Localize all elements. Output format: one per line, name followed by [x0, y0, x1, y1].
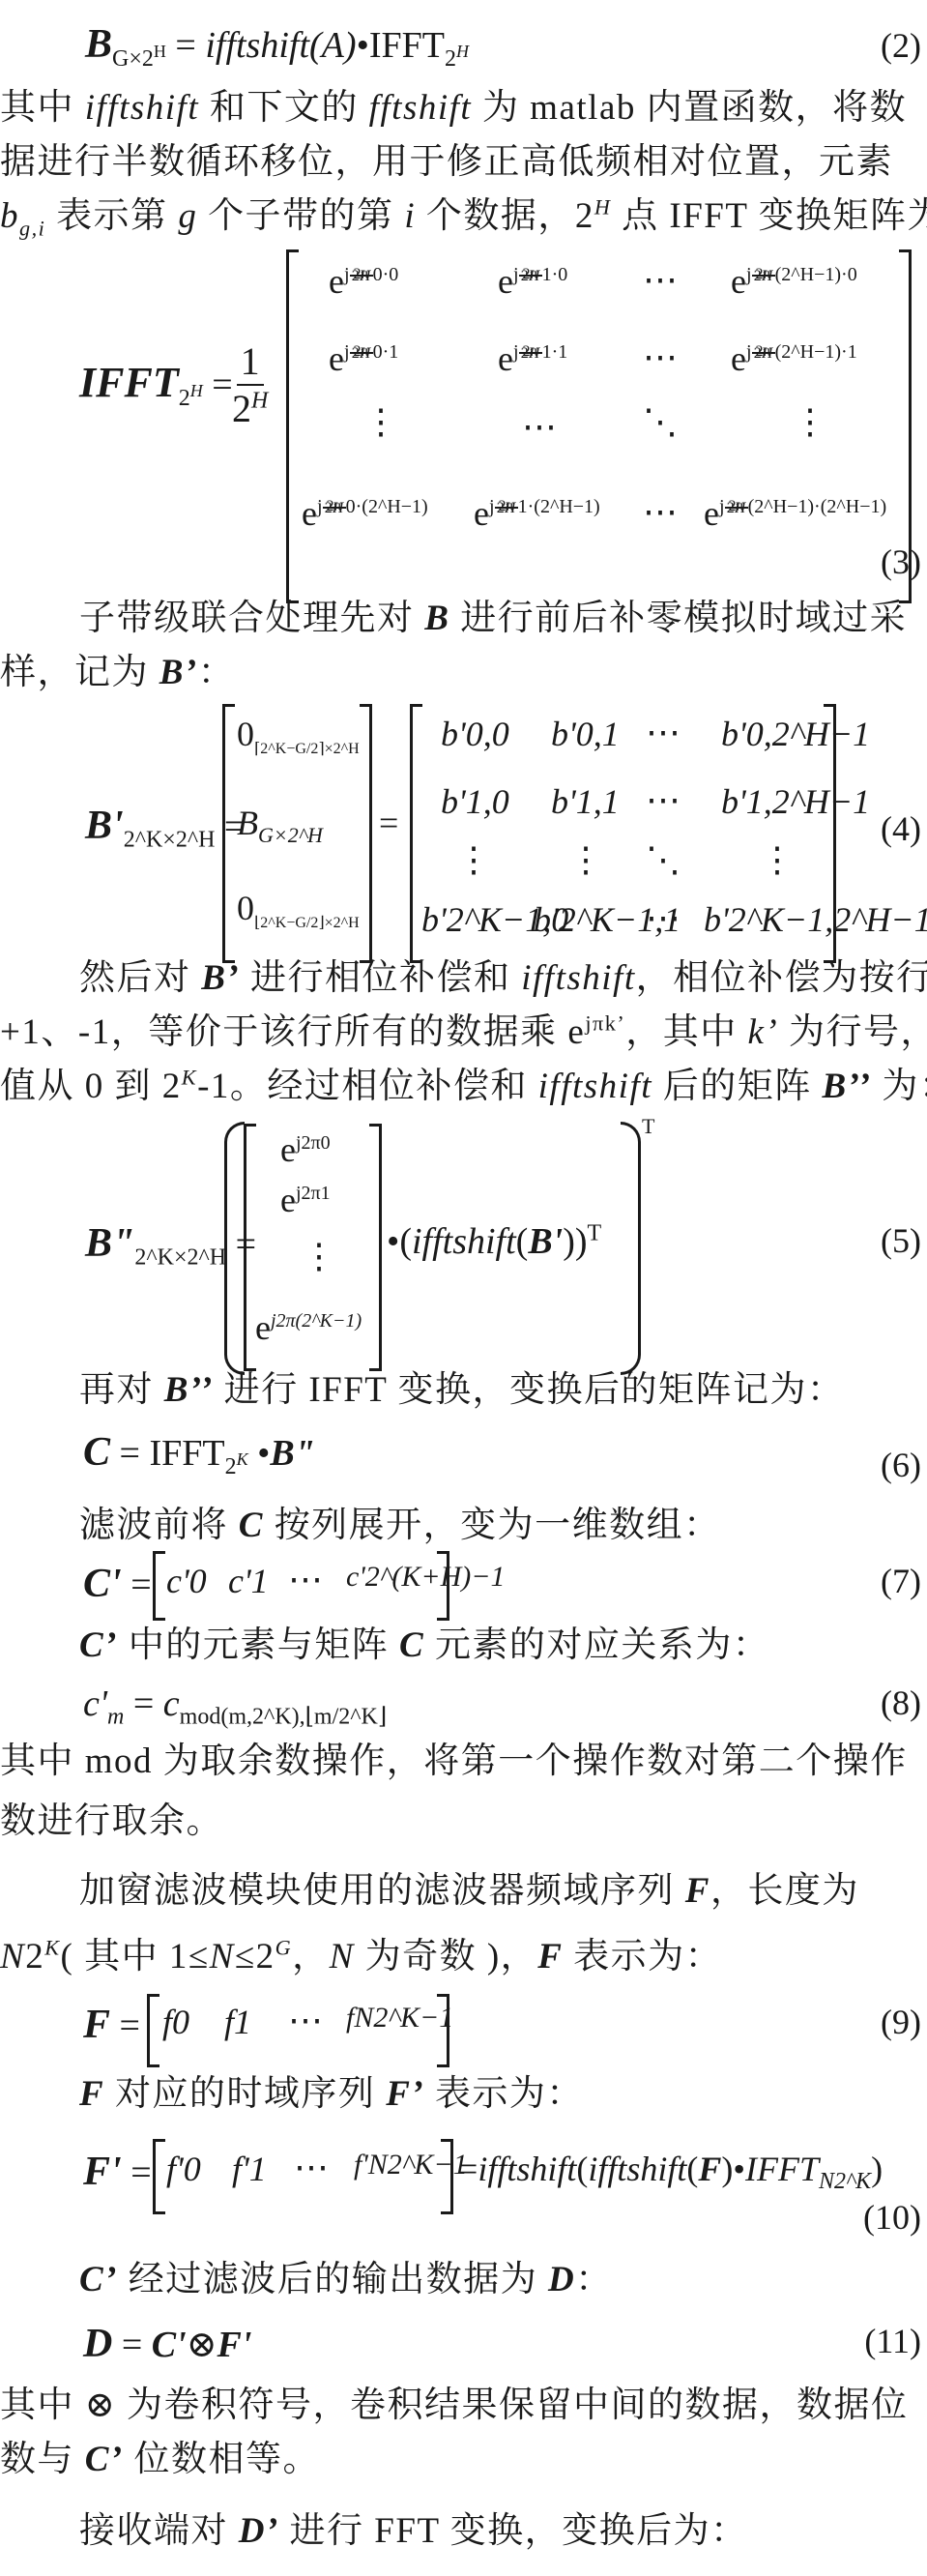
eq4-block-left-bracket [222, 704, 235, 963]
equation-2: BG×2H = ifftshift(A)•IFFT2H [85, 21, 469, 68]
matrix-cell: ⋯ [646, 712, 681, 752]
array-item: c'2^(K+H)−1 [346, 1561, 506, 1594]
equation-number-9: (9) [881, 2002, 921, 2042]
paragraph-8-line-1: 加窗滤波模块使用的滤波器频域序列 F，长度为 [0, 1870, 927, 1913]
eq10-left-bracket [153, 2139, 165, 2214]
equation-number-6: (6) [881, 1445, 921, 1485]
eq10-right-bracket [441, 2139, 453, 2214]
column-cell: ej2π(2^K−1) [255, 1307, 362, 1348]
eq3-scalar-fraction: 1 2H [232, 338, 268, 431]
paragraph-3-line-1: 然后对 B’ 进行相位补偿和 ifftshift，相位补偿为按行乘 [0, 957, 927, 1000]
matrix-cell: ⋯ [643, 491, 678, 532]
matrix-cell: ⋯ [643, 259, 678, 300]
eq9-right-bracket [437, 1994, 449, 2067]
array-item: f1 [224, 2002, 251, 2042]
eq7-left-bracket [153, 1551, 165, 1621]
zero-block-top: 0⌈2^K−G/2⌉×2^H [237, 714, 360, 754]
paragraph-7-line-2: 数进行取余。 [0, 1800, 927, 1843]
paragraph-1-line-2: 据进行半数循环移位，用于修正高低频相对位置，元素 [0, 141, 927, 184]
matrix-cell: b'0,0 [441, 714, 509, 754]
paragraph-1-line-3: bg,i 表示第 g 个子带的第 i 个数据，2H 点 IFFT 变换矩阵为： [0, 195, 927, 238]
matrix-cell: b'1,1 [551, 781, 620, 822]
paragraph-3-line-2: +1、-1，等价于该行所有的数据乘 ejπk’，其中 k’ 为行号，取 [0, 1011, 927, 1054]
paragraph-11-line-1: 其中 ⊗ 为卷积符号，卷积结果保留中间的数据，数据位 [0, 2385, 927, 2427]
matrix-cell: ⋮ [793, 401, 827, 442]
convolution-symbol: ⊗ [85, 2386, 117, 2425]
equation-6: C = IFFT2K •B" [83, 1429, 315, 1476]
eq3-left-bracket [286, 249, 299, 603]
array-item: ⋯ [288, 2000, 323, 2040]
array-item: c'0 [166, 1561, 207, 1601]
matrix-cell: ⋯ [643, 337, 678, 377]
equation-number-11: (11) [864, 2321, 921, 2361]
zero-block-bottom: 0⌊2^K−G/2⌋×2^H [237, 888, 360, 928]
matrix-cell: b'1,2^H−1 [721, 781, 870, 822]
paragraph-7-line-1: 其中 mod 为取余数操作，将第一个操作数对第二个操作 [0, 1741, 927, 1783]
equation-number-10: (10) [863, 2197, 921, 2238]
paragraph-2-line-2: 样，记为 B’： [0, 652, 927, 694]
paragraph-6-line-1: C’ 中的元素与矩阵 C 元素的对应关系为： [0, 1625, 927, 1667]
matrix-cell: ej2π2H0·(2^H−1) [302, 493, 428, 534]
equation-8: c'm = cmod(m,2^K),⌊m/2^K⌋ [83, 1683, 387, 1725]
matrix-cell: ej2π2H1·(2^H−1) [474, 493, 600, 534]
term-fftshift: fftshift [369, 88, 473, 128]
matrix-cell: b'2^K−1,2^H−1 [704, 899, 927, 940]
matrix-cell: ej2π2H1·1 [498, 338, 567, 379]
eq5-outer-right-paren [621, 1122, 641, 1375]
eq2-fn: ifftshift [205, 25, 309, 66]
paragraph-3-line-3: 值从 0 到 2K-1。经过相位补偿和 ifftshift 后的矩阵 B’’ 为… [0, 1066, 927, 1108]
matrix-cell: ej2π2H(2^H−1)·1 [731, 338, 857, 379]
equation-number-7: (7) [881, 1561, 921, 1601]
paragraph-11-line-2: 数与 C’ 位数相等。 [0, 2439, 927, 2481]
paragraph-9-line-1: F 对应的时域序列 F’ 表示为： [0, 2073, 927, 2116]
eq5-outer-left-paren [224, 1122, 245, 1375]
eq2-arg: (A) [309, 25, 357, 66]
matrix-cell: ⋮ [568, 839, 603, 880]
equation-number-3: (3) [881, 542, 921, 582]
dot-operator: • [257, 1433, 270, 1474]
dot-operator: • [387, 1221, 399, 1262]
eq2-lhs-sub: G×2 [112, 46, 154, 72]
matrix-cell: ⋱ [646, 839, 681, 880]
eq4-block-right-bracket [360, 704, 372, 963]
paragraph-8-line-2: N2K( 其中 1≤N≤2G，N 为奇数 )，F 表示为： [0, 1936, 927, 1978]
matrix-cell: ⋯ [522, 406, 557, 447]
matrix-cell: b'0,1 [551, 714, 620, 754]
eq9-left-bracket [147, 1994, 159, 2067]
eq2-lhs-sub-sup: H [154, 42, 166, 61]
matrix-cell: ⋯ [646, 779, 681, 820]
paragraph-4-line-1: 再对 B’’ 进行 IFFT 变换，变换后的矩阵记为： [0, 1369, 927, 1412]
dot-operator: • [733, 2150, 745, 2188]
matrix-cell: b'1,0 [441, 781, 509, 822]
matrix-cell: ej2π2H1·0 [498, 261, 567, 302]
equation-number-8: (8) [881, 1683, 921, 1723]
array-item: f0 [162, 2002, 189, 2042]
column-cell: ej2π1 [280, 1180, 331, 1220]
eq4-lhs: B' [85, 804, 124, 848]
eq7-right-bracket [437, 1551, 449, 1621]
matrix-cell: ej2π2H(2^H−1)·(2^H−1) [704, 493, 886, 534]
matrix-cell: b'0,2^H−1 [721, 714, 870, 754]
matrix-cell: ⋮ [760, 839, 795, 880]
equation-number-2: (2) [881, 25, 921, 66]
eq5-outer-transpose: T [642, 1114, 654, 1139]
array-item: f'1 [232, 2149, 267, 2189]
paragraph-5-line-1: 滤波前将 C 按列展开，变为一维数组： [0, 1505, 927, 1547]
paragraph-10-line-1: C’ 经过滤波后的输出数据为 D： [0, 2259, 927, 2301]
matrix-cell: ⋮ [363, 401, 398, 442]
convolution-operator: ⊗ [187, 2325, 217, 2365]
array-item: ⋯ [288, 1559, 323, 1599]
equation-number-4: (4) [881, 808, 921, 849]
array-item: f'0 [166, 2149, 201, 2189]
paragraph-12-line-1: 接收端对 D’ 进行 FFT 变换，变换后为： [0, 2510, 927, 2553]
column-cell: ⋮ [302, 1236, 336, 1276]
column-cell: ej2π0 [280, 1129, 331, 1170]
array-item: ⋯ [294, 2147, 329, 2187]
term-ifftshift: ifftshift [85, 88, 199, 128]
paragraph-2-line-1: 子带级联合处理先对 B 进行前后补零模拟时域过采 [0, 598, 927, 640]
matrix-cell: ej2π2H0·1 [329, 338, 398, 379]
eq5-column-right-bracket [369, 1124, 382, 1371]
b-block-middle: BG×2^H [237, 803, 323, 843]
equation-number-5: (5) [881, 1220, 921, 1261]
eq2-ifft: IFFT [369, 25, 445, 66]
matrix-cell: ej2π2H0·0 [329, 261, 398, 302]
matrix-cell: ej2π2H(2^H−1)·0 [731, 261, 857, 302]
eq2-lhs: B [85, 22, 112, 67]
eq3-lhs: IFFT [79, 359, 179, 406]
eq5-lhs: B" [85, 1221, 134, 1266]
matrix-cell: ⋮ [456, 839, 491, 880]
equation-11: D = C'⊗F' [83, 2321, 251, 2367]
matrix-cell: ⋯ [646, 897, 681, 938]
paragraph-1-line-1: 其中 ifftshift 和下文的 fftshift 为 matlab 内置函数… [0, 87, 927, 130]
matrix-cell: ⋱ [643, 401, 678, 442]
dot-operator: • [357, 25, 369, 66]
array-item: c'1 [228, 1561, 269, 1601]
